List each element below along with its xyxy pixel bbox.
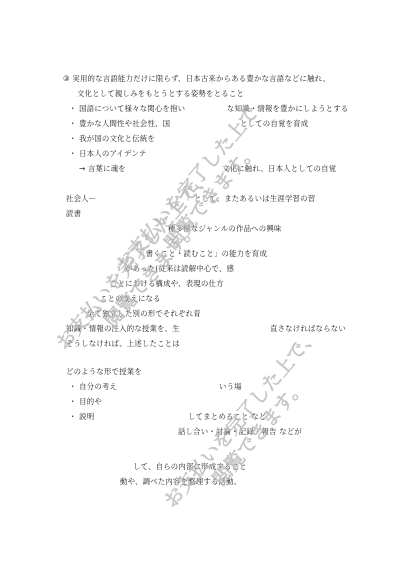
text-line: 読書 xyxy=(66,209,81,219)
text-line: ・ 日本人のアイデンテ xyxy=(69,149,147,159)
text-line: ③ 実用的な言語能力だけに限らず、日本古来からある豊かな言語などに触れ、 xyxy=(63,74,330,84)
text-line: ・ 説明 xyxy=(69,412,94,422)
text-line: ・ 目的や xyxy=(69,397,102,407)
text-line: ・ 自分の考え xyxy=(69,382,117,392)
text-line: ・ 国語について様々な関心を抱い xyxy=(69,104,185,114)
text-line: → 言葉に魂を xyxy=(79,164,126,174)
text-line: 文化として親しみをもとうとする姿勢をとること xyxy=(77,89,244,99)
text-line: ・ 我が国の文化と伝統を xyxy=(69,134,155,144)
text-line: どのような形で授業を xyxy=(66,367,142,377)
text-line: ・ 豊かな人間性や社会性、国 xyxy=(69,119,170,129)
text-line: 社会人ー xyxy=(66,194,96,204)
text-line: いう場 xyxy=(219,382,242,392)
